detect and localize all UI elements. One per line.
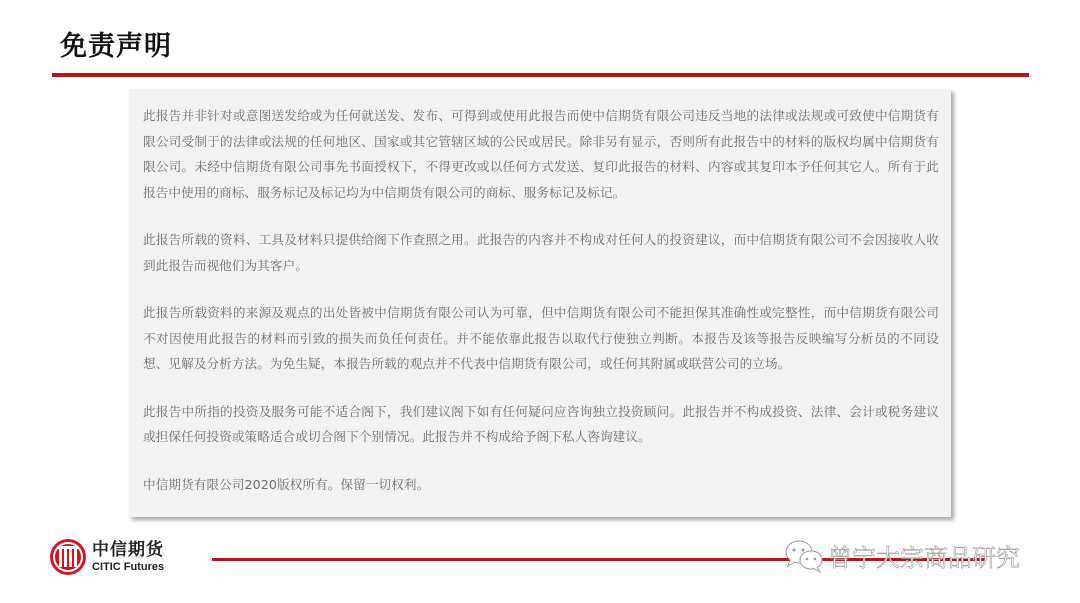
disclaimer-paragraph: 此报告并非针对或意图送发给或为任何就送发、发布、可得到或使用此报告而使中信期货有…	[143, 103, 939, 205]
copyright-line: 中信期货有限公司2020版权所有。保留一切权利。	[143, 472, 939, 498]
logo-english-name: CITIC Futures	[92, 562, 164, 573]
citic-emblem-icon	[50, 539, 86, 575]
disclaimer-paragraph: 此报告中所指的投资及服务可能不适合阁下，我们建议阁下如有任何疑问应咨询独立投资顾…	[143, 399, 939, 450]
disclaimer-paragraph: 此报告所载的资料、工具及材料只提供给阁下作查照之用。此报告的内容并不构成对任何人…	[143, 227, 939, 278]
watermark-text: 曾宁大宗商品研究	[828, 538, 1020, 573]
page-title: 免责声明	[60, 29, 172, 65]
wechat-watermark: 曾宁大宗商品研究	[784, 538, 1020, 573]
title-divider	[52, 73, 1029, 77]
footer-divider	[212, 558, 792, 561]
citic-futures-logo: 中信期货 CITIC Futures	[50, 539, 164, 575]
slide: 免责声明 此报告并非针对或意图送发给或为任何就送发、发布、可得到或使用此报告而使…	[0, 0, 1080, 603]
disclaimer-paragraph: 此报告所载资料的来源及观点的出处皆被中信期货有限公司认为可靠，但中信期货有限公司…	[143, 300, 939, 377]
wechat-icon	[784, 539, 824, 573]
disclaimer-panel: 此报告并非针对或意图送发给或为任何就送发、发布、可得到或使用此报告而使中信期货有…	[129, 89, 951, 517]
logo-chinese-name: 中信期货	[92, 542, 164, 559]
